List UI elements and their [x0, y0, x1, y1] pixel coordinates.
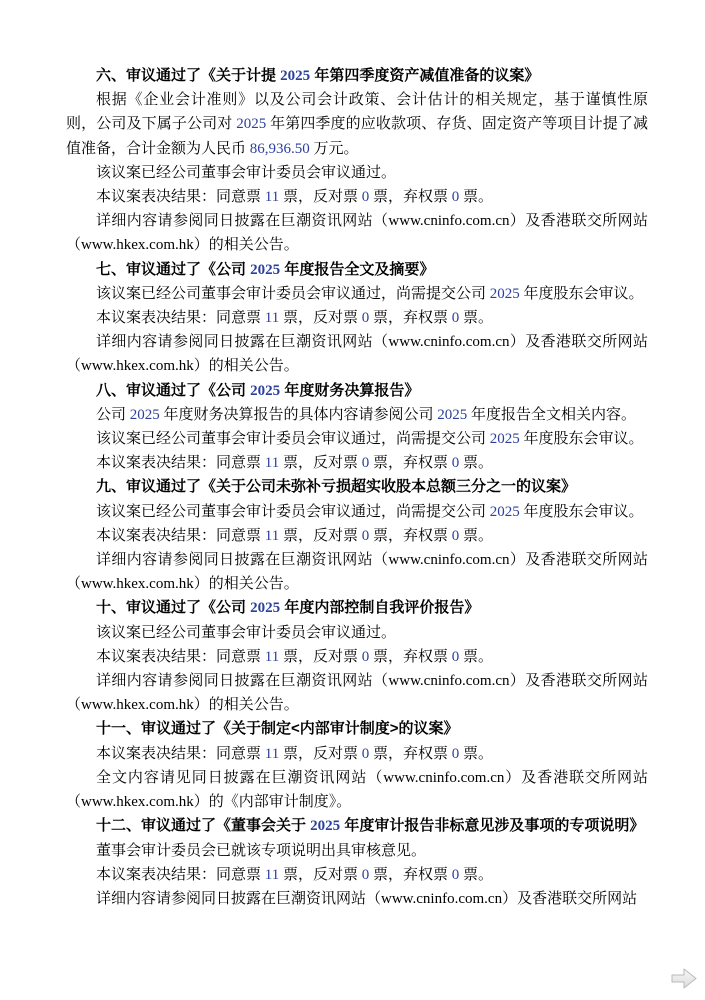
document-page: 六、审议通过了《关于计提 2025 年第四季度资产减值准备的议案》根据《企业会计… [0, 0, 705, 1000]
paragraph: 该议案已经公司董事会审计委员会审议通过。 [66, 161, 648, 185]
numeric-value: 2025 [490, 431, 520, 447]
text-run: 年度股东会审议。 [520, 286, 644, 302]
text-run: 本议案表决结果：同意票 [96, 310, 265, 326]
text-run: 详细内容请参阅同日披露在巨潮资讯网站（www.cninfo.com.cn）及香港… [66, 334, 648, 374]
text-run: 本议案表决结果：同意票 [96, 867, 265, 883]
resolution-heading: 十一、审议通过了《关于制定<内部审计制度>的议案》 [66, 717, 648, 741]
resolution-heading: 八、审议通过了《公司 2025 年度财务决算报告》 [66, 379, 648, 403]
text-run: 十一、审议通过了《关于制定<内部审计制度>的议案》 [96, 720, 459, 737]
paragraph: 本议案表决结果：同意票 11 票，反对票 0 票，弃权票 0 票。 [66, 306, 648, 330]
paragraph: 详细内容请参阅同日披露在巨潮资讯网站（www.cninfo.com.cn）及香港… [66, 209, 648, 257]
paragraph: 该议案已经公司董事会审计委员会审议通过。 [66, 621, 648, 645]
text-run: 票，反对票 [279, 310, 362, 326]
paragraph: 本议案表决结果：同意票 11 票，反对票 0 票，弃权票 0 票。 [66, 742, 648, 766]
numeric-value: 2025 [250, 383, 280, 399]
text-run: 年度股东会审议。 [520, 431, 644, 447]
paragraph: 全文内容请见同日披露在巨潮资讯网站（www.cninfo.com.cn）及香港联… [66, 766, 648, 814]
paragraph: 本议案表决结果：同意票 11 票，反对票 0 票，弃权票 0 票。 [66, 863, 648, 887]
numeric-value: 11 [265, 746, 279, 762]
numeric-value: 11 [265, 649, 279, 665]
paragraph: 董事会审计委员会已就该专项说明出具审核意见。 [66, 839, 648, 863]
text-run: 年度报告全文相关内容。 [467, 407, 636, 423]
paragraph: 该议案已经公司董事会审计委员会审议通过，尚需提交公司 2025 年度股东会审议。 [66, 427, 648, 451]
text-run: 本议案表决结果：同意票 [96, 528, 265, 544]
text-run: 本议案表决结果：同意票 [96, 649, 265, 665]
text-run: 票，反对票 [279, 528, 362, 544]
resolution-heading: 九、审议通过了《关于公司未弥补亏损超实收股本总额三分之一的议案》 [66, 475, 648, 499]
numeric-value: 2025 [130, 407, 160, 423]
paragraph: 详细内容请参阅同日披露在巨潮资讯网站（www.cninfo.com.cn）及香港… [66, 887, 648, 911]
text-run: 七、审议通过了《公司 [96, 261, 250, 278]
numeric-value: 2025 [310, 818, 340, 834]
next-page-arrow-icon[interactable] [670, 966, 698, 991]
text-run: 十、审议通过了《公司 [96, 599, 250, 616]
text-run: 年度报告全文及摘要》 [280, 261, 434, 278]
resolution-heading: 六、审议通过了《关于计提 2025 年第四季度资产减值准备的议案》 [66, 64, 648, 88]
text-run: 该议案已经公司董事会审计委员会审议通过，尚需提交公司 [96, 504, 490, 520]
paragraph: 本议案表决结果：同意票 11 票，反对票 0 票，弃权票 0 票。 [66, 524, 648, 548]
text-run: 董事会审计委员会已就该专项说明出具审核意见。 [96, 843, 426, 859]
numeric-value: 11 [265, 455, 279, 471]
text-run: 详细内容请参阅同日披露在巨潮资讯网站（www.cninfo.com.cn）及香港… [96, 891, 637, 907]
text-run: 票，弃权票 [369, 189, 452, 205]
text-run: 详细内容请参阅同日披露在巨潮资讯网站（www.cninfo.com.cn）及香港… [66, 673, 648, 713]
text-run: 公司 [96, 407, 130, 423]
paragraph: 该议案已经公司董事会审计委员会审议通过，尚需提交公司 2025 年度股东会审议。 [66, 282, 648, 306]
numeric-value: 86,936.50 [250, 141, 310, 157]
numeric-value: 2025 [236, 116, 266, 132]
numeric-value: 2025 [280, 68, 310, 84]
numeric-value: 11 [265, 189, 279, 205]
text-run: 该议案已经公司董事会审计委员会审议通过，尚需提交公司 [96, 286, 490, 302]
text-run: 该议案已经公司董事会审计委员会审议通过。 [96, 165, 396, 181]
text-run: 票，反对票 [279, 746, 362, 762]
next-page-arrow-shape [672, 969, 696, 988]
text-run: 年度审计报告非标意见涉及事项的专项说明》 [340, 817, 644, 834]
text-run: 年度内部控制自我评价报告》 [280, 599, 479, 616]
text-run: 详细内容请参阅同日披露在巨潮资讯网站（www.cninfo.com.cn）及香港… [66, 552, 648, 592]
paragraph: 详细内容请参阅同日披露在巨潮资讯网站（www.cninfo.com.cn）及香港… [66, 669, 648, 717]
numeric-value: 11 [265, 528, 279, 544]
text-run: 票，反对票 [279, 867, 362, 883]
numeric-value: 2025 [250, 262, 280, 278]
numeric-value: 2025 [490, 504, 520, 520]
paragraph: 本议案表决结果：同意票 11 票，反对票 0 票，弃权票 0 票。 [66, 185, 648, 209]
text-run: 票，反对票 [279, 455, 362, 471]
text-run: 详细内容请参阅同日披露在巨潮资讯网站（www.cninfo.com.cn）及香港… [66, 213, 648, 253]
paragraph: 根据《企业会计准则》以及公司会计政策、会计估计的相关规定，基于谨慎性原则，公司及… [66, 88, 648, 161]
numeric-value: 11 [265, 867, 279, 883]
paragraph: 本议案表决结果：同意票 11 票，反对票 0 票，弃权票 0 票。 [66, 451, 648, 475]
text-run: 票。 [459, 746, 493, 762]
text-run: 票，弃权票 [369, 528, 452, 544]
paragraph: 公司 2025 年度财务决算报告的具体内容请参阅公司 2025 年度报告全文相关… [66, 403, 648, 427]
numeric-value: 11 [265, 310, 279, 326]
text-run: 票，反对票 [279, 189, 362, 205]
text-run: 票。 [459, 310, 493, 326]
text-run: 票，弃权票 [369, 310, 452, 326]
document-content: 六、审议通过了《关于计提 2025 年第四季度资产减值准备的议案》根据《企业会计… [66, 64, 648, 911]
text-run: 十二、审议通过了《董事会关于 [96, 817, 310, 834]
resolution-heading: 七、审议通过了《公司 2025 年度报告全文及摘要》 [66, 258, 648, 282]
paragraph: 本议案表决结果：同意票 11 票，反对票 0 票，弃权票 0 票。 [66, 645, 648, 669]
text-run: 年度财务决算报告》 [280, 382, 419, 399]
numeric-value: 2025 [437, 407, 467, 423]
text-run: 票。 [459, 867, 493, 883]
text-run: 该议案已经公司董事会审计委员会审议通过。 [96, 625, 396, 641]
text-run: 九、审议通过了《关于公司未弥补亏损超实收股本总额三分之一的议案》 [96, 478, 576, 495]
text-run: 票。 [459, 455, 493, 471]
numeric-value: 2025 [250, 600, 280, 616]
text-run: 本议案表决结果：同意票 [96, 455, 265, 471]
paragraph: 详细内容请参阅同日披露在巨潮资讯网站（www.cninfo.com.cn）及香港… [66, 548, 648, 596]
text-run: 本议案表决结果：同意票 [96, 746, 265, 762]
text-run: 年度股东会审议。 [520, 504, 644, 520]
text-run: 该议案已经公司董事会审计委员会审议通过，尚需提交公司 [96, 431, 490, 447]
text-run: 票。 [459, 189, 493, 205]
text-run: 年度财务决算报告的具体内容请参阅公司 [160, 407, 438, 423]
text-run: 票，弃权票 [369, 649, 452, 665]
text-run: 万元。 [310, 141, 359, 157]
text-run: 票，弃权票 [369, 455, 452, 471]
text-run: 票，弃权票 [369, 746, 452, 762]
text-run: 六、审议通过了《关于计提 [96, 67, 280, 84]
paragraph: 该议案已经公司董事会审计委员会审议通过，尚需提交公司 2025 年度股东会审议。 [66, 500, 648, 524]
text-run: 票。 [459, 649, 493, 665]
text-run: 票。 [459, 528, 493, 544]
numeric-value: 2025 [490, 286, 520, 302]
text-run: 八、审议通过了《公司 [96, 382, 250, 399]
text-run: 年第四季度资产减值准备的议案》 [310, 67, 539, 84]
text-run: 本议案表决结果：同意票 [96, 189, 265, 205]
resolution-heading: 十、审议通过了《公司 2025 年度内部控制自我评价报告》 [66, 596, 648, 620]
text-run: 全文内容请见同日披露在巨潮资讯网站（www.cninfo.com.cn）及香港联… [66, 770, 648, 810]
resolution-heading: 十二、审议通过了《董事会关于 2025 年度审计报告非标意见涉及事项的专项说明》 [66, 814, 648, 838]
text-run: 票，弃权票 [369, 867, 452, 883]
text-run: 票，反对票 [279, 649, 362, 665]
paragraph: 详细内容请参阅同日披露在巨潮资讯网站（www.cninfo.com.cn）及香港… [66, 330, 648, 378]
